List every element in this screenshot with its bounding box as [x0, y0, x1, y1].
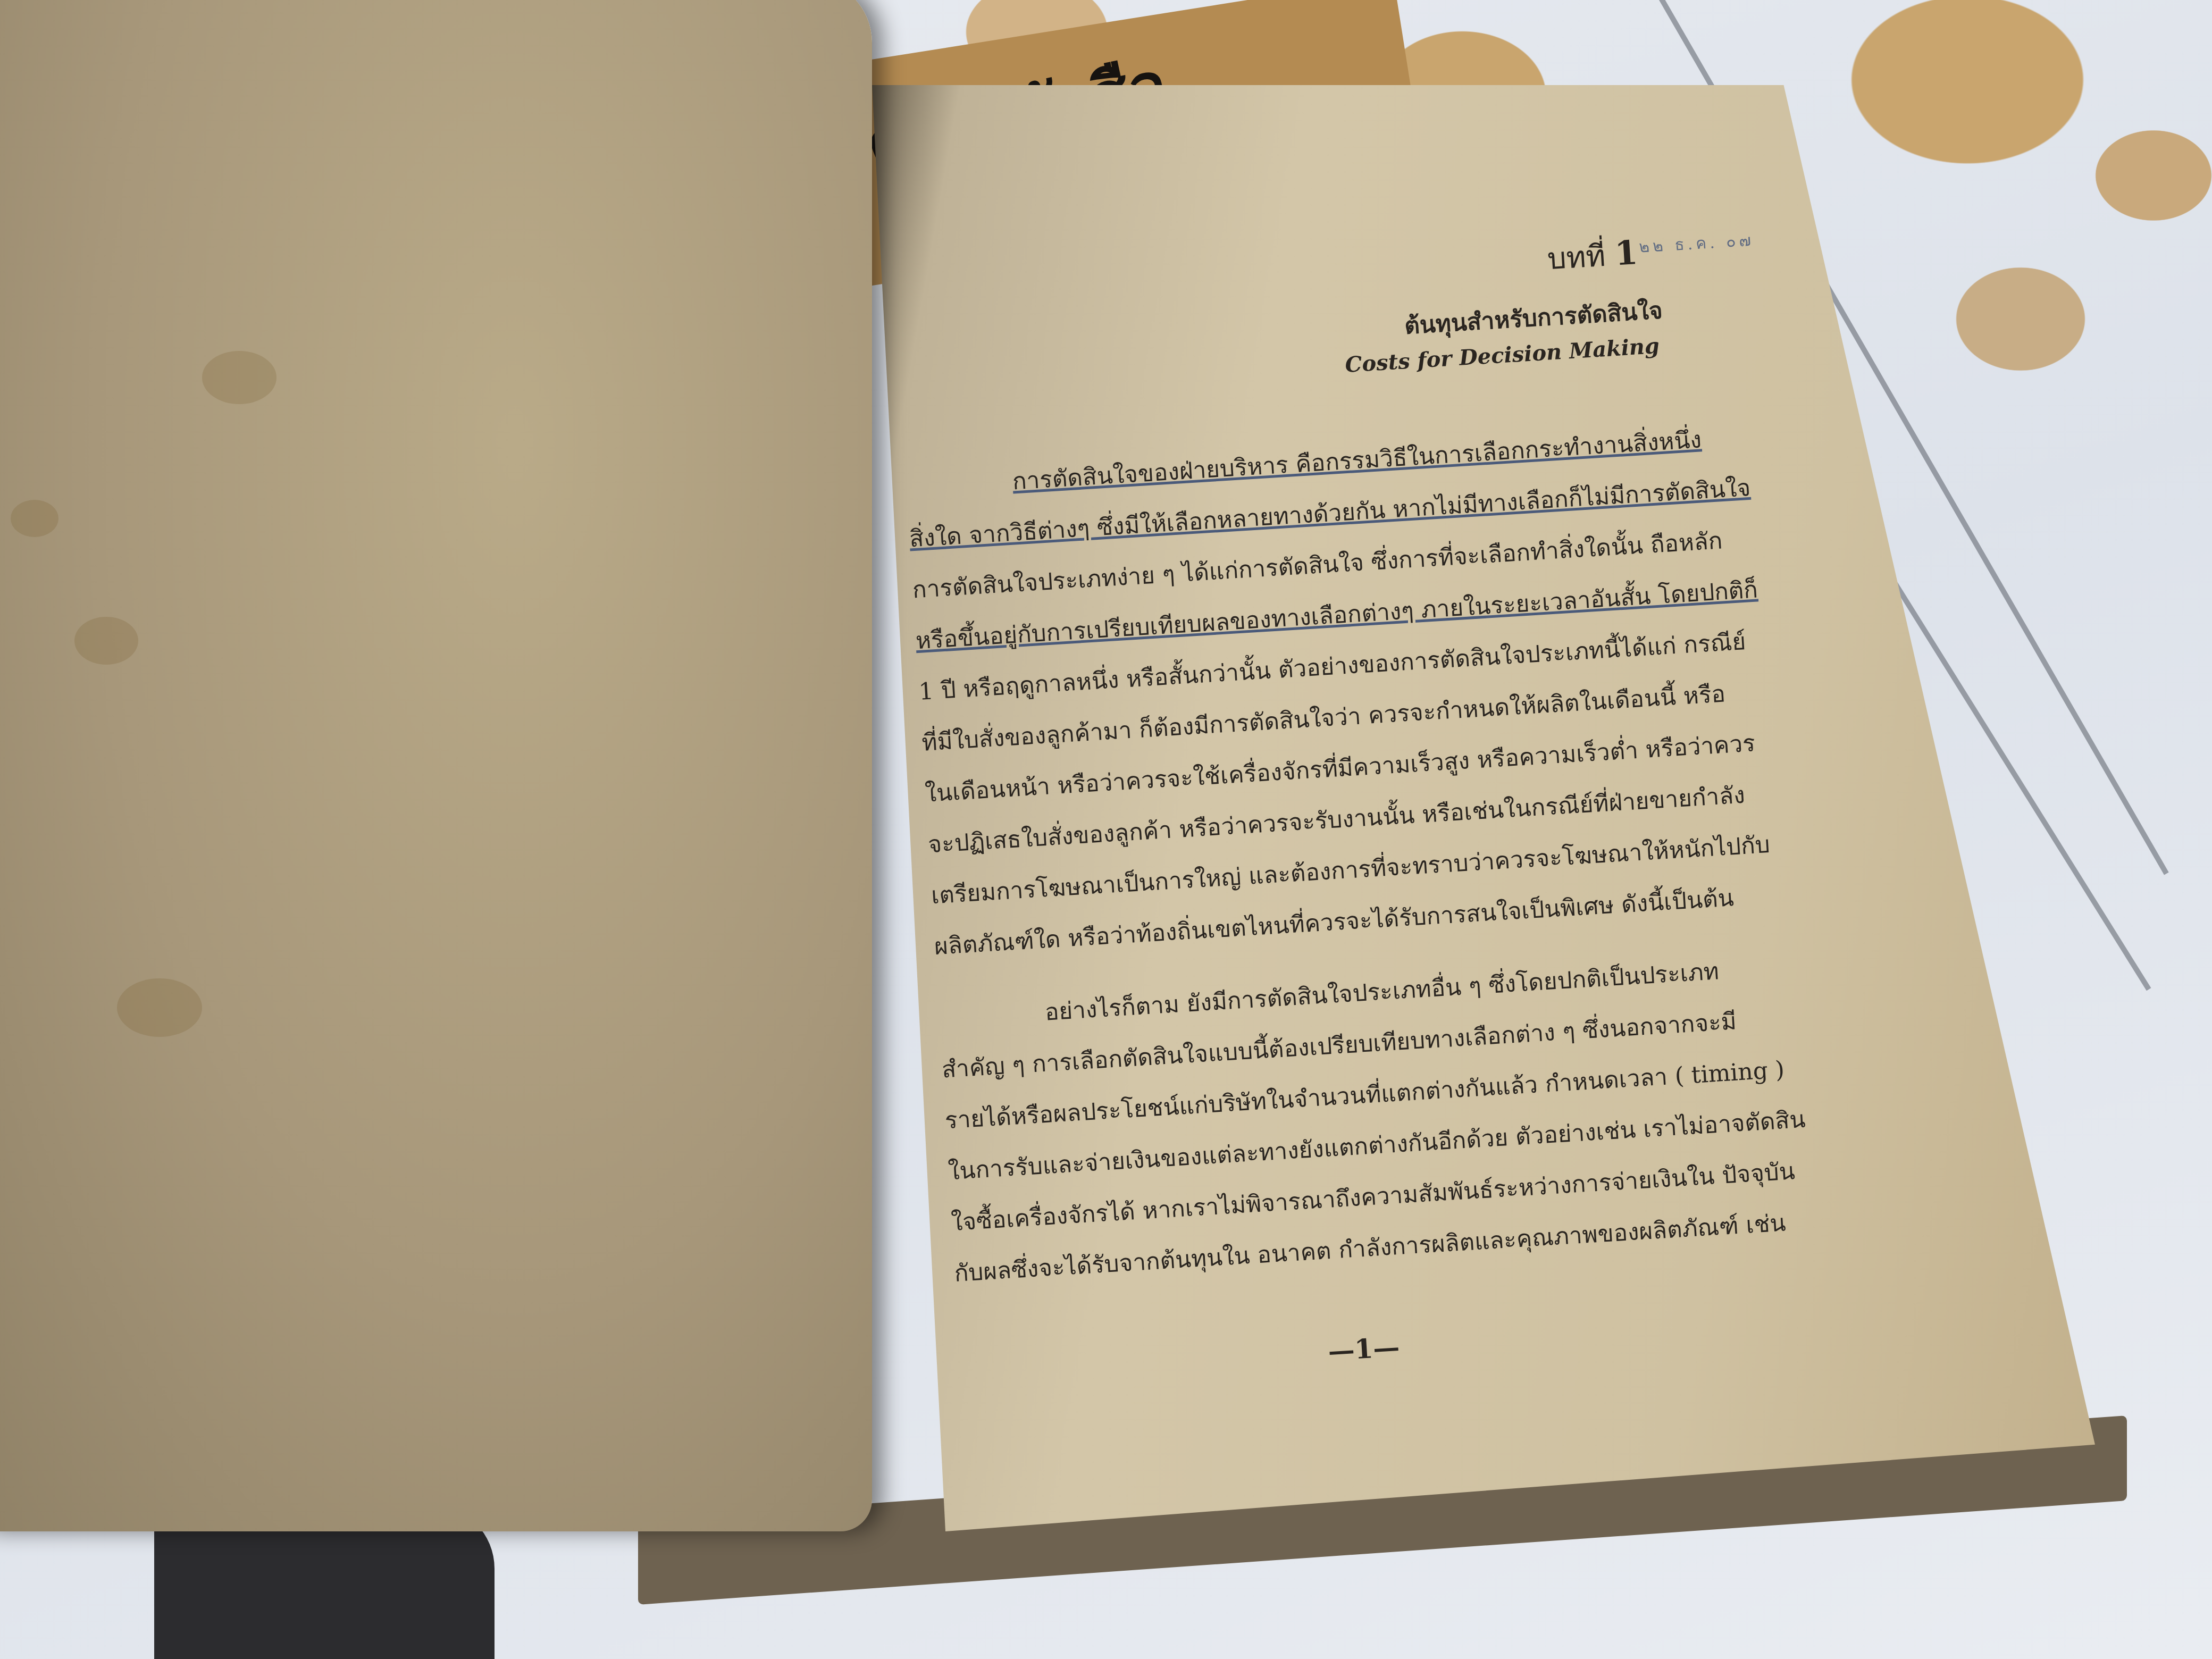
chapter-number: 1 [1614, 233, 1639, 273]
paper-stain [11, 500, 58, 537]
left-page-blank [0, 0, 872, 1531]
paper-stain [74, 617, 138, 665]
paper-stain [202, 351, 276, 404]
body-text: การตัดสินใจของฝ่ายบริหาร คือกรรมวิธีในกา… [884, 406, 1890, 1301]
page-content: ๒๒ ธ.ค. ๐๗ บทที่ 1 ต้นทุนสำหรับการตัดสิน… [872, 218, 1896, 1390]
chapter-label: บทที่ [1546, 239, 1606, 277]
paper-stain [117, 978, 202, 1037]
